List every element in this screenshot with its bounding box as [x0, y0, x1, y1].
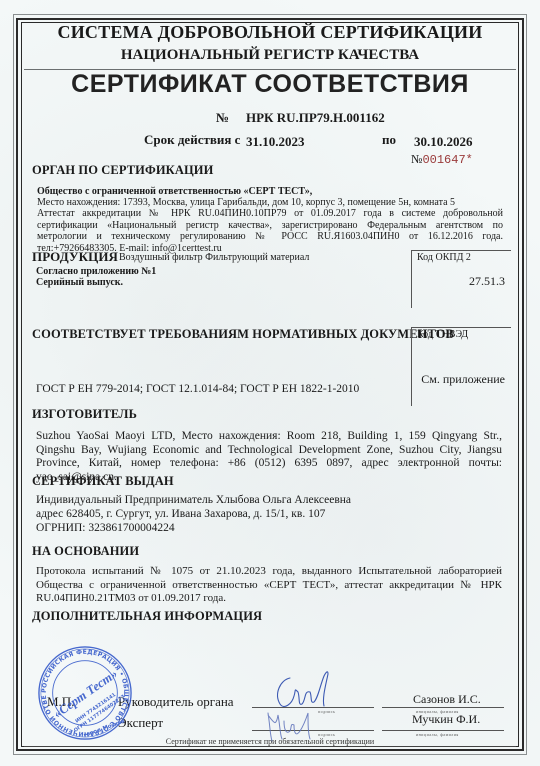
- basis-title: НА ОСНОВАНИИ: [32, 544, 139, 559]
- form-number-value: 001647*: [422, 153, 472, 167]
- issued-to-address: адрес 628405, г. Сургут, ул. Ивана Захар…: [36, 508, 325, 522]
- tnved-code-label: Код ТНВЭД: [417, 329, 468, 340]
- okpd-code-box: Код ОКПД 2 27.51.3: [411, 250, 511, 308]
- head-name-line: [382, 707, 504, 708]
- product-description: Воздушный фильтр Фильтрующий материал: [119, 252, 309, 264]
- head-of-body-name: Сазонов И.С.: [413, 692, 481, 707]
- valid-to-date: 30.10.2026: [414, 134, 473, 150]
- issued-to-title: СЕРТИФИКАТ ВЫДАН: [32, 474, 174, 489]
- certificate-number: НРК RU.ПР79.Н.001162: [246, 110, 385, 126]
- form-number-label: №: [411, 152, 422, 166]
- okpd-code-value: 27.51.3: [469, 274, 505, 289]
- additional-info-title: ДОПОЛНИТЕЛЬНАЯ ИНФОРМАЦИЯ: [32, 609, 262, 624]
- product-serial-release: Серийный выпуск.: [36, 277, 123, 289]
- tnved-code-value: См. приложение: [421, 372, 505, 387]
- expert-name-line: [382, 730, 504, 731]
- company-seal-icon: РОССИЙСКАЯ ФЕДЕРАЦИЯ • ОБЩЕСТВО С ОГРАНИ…: [36, 644, 134, 742]
- tnved-code-box: Код ТНВЭД См. приложение: [411, 327, 511, 406]
- valid-to-label: по: [382, 132, 396, 148]
- system-heading: СИСТЕМА ДОБРОВОЛЬНОЙ СЕРТИФИКАЦИИ: [0, 22, 540, 43]
- validity-label: Срок действия с: [144, 132, 240, 148]
- product-title: ПРОДУКЦИЯ: [32, 249, 118, 265]
- certification-body-address: Место нахождения: 17393, Москва, улица Г…: [37, 197, 455, 209]
- footer-divider: [24, 746, 516, 747]
- okpd-code-label: Код ОКПД 2: [417, 252, 471, 263]
- document-title: СЕРТИФИКАТ СООТВЕТСТВИЯ: [0, 70, 540, 99]
- valid-from-date: 31.10.2023: [246, 134, 305, 150]
- manufacturer-title: ИЗГОТОВИТЕЛЬ: [32, 407, 137, 422]
- registry-heading: НАЦИОНАЛЬНЫЙ РЕГИСТР КАЧЕСТВА: [0, 47, 540, 64]
- product-annex-reference: Согласно приложению №1: [36, 266, 156, 278]
- issued-to-ogrnip: ОГРНИП: 323861700004224: [36, 522, 175, 536]
- footer-note: Сертификат не применяется при обязательн…: [0, 737, 540, 746]
- head-of-body-label: Руководитель органа: [118, 694, 234, 710]
- certification-body-name: Общество с ограниченной ответственностью…: [37, 186, 312, 198]
- conformity-title: СООТВЕТСТВУЕТ ТРЕБОВАНИЯМ НОРМАТИВНЫХ ДО…: [32, 327, 454, 342]
- expert-name: Мучкин Ф.И.: [412, 712, 480, 727]
- basis-details: Протокола испытаний № 1075 от 21.10.2023…: [36, 565, 502, 606]
- certificate-number-label: №: [216, 110, 229, 126]
- certification-body-title: ОРГАН ПО СЕРТИФИКАЦИИ: [32, 163, 213, 178]
- certificate-page: СИСТЕМА ДОБРОВОЛЬНОЙ СЕРТИФИКАЦИИ НАЦИОН…: [0, 0, 540, 766]
- form-serial-number: №001647*: [411, 152, 473, 167]
- normative-standards: ГОСТ Р ЕН 779-2014; ГОСТ 12.1.014-84; ГО…: [36, 383, 359, 397]
- issued-to-name: Индивидуальный Предприниматель Хлыбова О…: [36, 494, 351, 508]
- certification-body-accreditation: Аттестат аккредитации № НРК RU.04ПИН0.10…: [37, 208, 503, 254]
